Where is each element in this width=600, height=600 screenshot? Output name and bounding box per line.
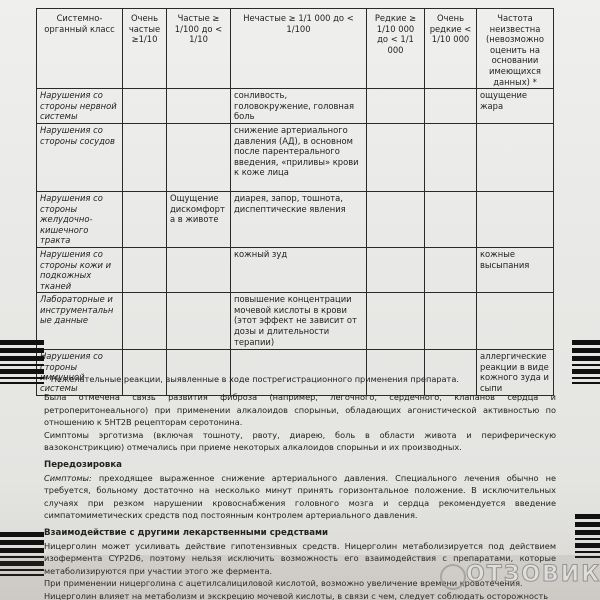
cell-very-common [123, 123, 167, 191]
watermark: ОТЗОВИК [466, 562, 600, 587]
cell-very-common [123, 293, 167, 350]
header-very-common: Очень частые ≥1/10 [123, 9, 167, 89]
print-registration-marks-right-top [572, 340, 600, 387]
cell-uncommon: снижение артериального давления (АД), в … [231, 123, 367, 191]
cell-common [167, 89, 231, 124]
cell-class: Нарушения со стороны желудочно-кишечного… [37, 191, 123, 247]
cell-very-rare [425, 89, 477, 124]
cell-common [167, 247, 231, 292]
overdose-heading: Передозировка [44, 459, 556, 471]
adverse-reactions-table: Системно-органный класс Очень частые ≥1/… [36, 8, 554, 396]
cell-very-common [123, 247, 167, 292]
header-common: Частые ≥ 1/100 до < 1/10 [167, 9, 231, 89]
header-rare: Редкие ≥ 1/10 000 до < 1/1 000 [367, 9, 425, 89]
cell-common [167, 123, 231, 191]
cell-class: Нарушения со стороны кожи и подкожных тк… [37, 247, 123, 292]
cell-class: Лабораторные и инструментальные данные [37, 293, 123, 350]
symptoms-label: Симптомы: [44, 473, 92, 483]
ergotism-paragraph: Симптомы эрготизма (включая тошноту, рво… [44, 429, 556, 454]
footnote: * Нежелательные реакции, выявленные в хо… [44, 373, 556, 385]
cell-uncommon: кожный зуд [231, 247, 367, 292]
header-very-rare: Очень редкие < 1/10 000 [425, 9, 477, 89]
table-row: Нарушения со стороны сосудов снижение ар… [37, 123, 554, 191]
otzovik-logo-icon [440, 564, 466, 590]
header-organ-class: Системно-органный класс [37, 9, 123, 89]
cell-rare [367, 247, 425, 292]
interactions-heading: Взаимодействие с другими лекарственными … [44, 527, 556, 539]
cell-uncommon: диарея, запор, тошнота, диспептические я… [231, 191, 367, 247]
cell-very-rare [425, 293, 477, 350]
table-header-row: Системно-органный класс Очень частые ≥1/… [37, 9, 554, 89]
fibrosis-paragraph: Была отмечена связь развития фиброза (на… [44, 391, 556, 428]
table-row: Лабораторные и инструментальные данные п… [37, 293, 554, 350]
cell-unknown: ощущение жара [477, 89, 554, 124]
table-row: Нарушения со стороны нервной системы сон… [37, 89, 554, 124]
cell-rare [367, 89, 425, 124]
cell-rare [367, 293, 425, 350]
overdose-text: преходящее выраженное снижение артериаль… [44, 473, 556, 520]
cell-rare [367, 123, 425, 191]
cell-common: Ощущение дискомфорта в животе [167, 191, 231, 247]
cell-unknown [477, 293, 554, 350]
header-unknown: Частота неизвестна (невозможно оценить н… [477, 9, 554, 89]
print-registration-marks-right-bottom [575, 514, 600, 561]
print-registration-marks-left-top [0, 340, 44, 387]
header-uncommon: Нечастые ≥ 1/1 000 до < 1/100 [231, 9, 367, 89]
cell-very-rare [425, 123, 477, 191]
cell-common [167, 293, 231, 350]
cell-rare [367, 191, 425, 247]
cell-unknown [477, 123, 554, 191]
overdose-paragraph: Симптомы: преходящее выраженное снижение… [44, 472, 556, 522]
table-row: Нарушения со стороны кожи и подкожных тк… [37, 247, 554, 292]
cell-unknown: кожные высыпания [477, 247, 554, 292]
cell-unknown [477, 191, 554, 247]
cell-very-common [123, 89, 167, 124]
cell-very-common [123, 191, 167, 247]
cell-uncommon: повышение концентрации мочевой кислоты в… [231, 293, 367, 350]
table-row: Нарушения со стороны желудочно-кишечного… [37, 191, 554, 247]
cell-very-rare [425, 247, 477, 292]
cell-uncommon: сонливость, головокружение, головная бол… [231, 89, 367, 124]
cell-class: Нарушения со стороны сосудов [37, 123, 123, 191]
cell-very-rare [425, 191, 477, 247]
cell-class: Нарушения со стороны нервной системы [37, 89, 123, 124]
